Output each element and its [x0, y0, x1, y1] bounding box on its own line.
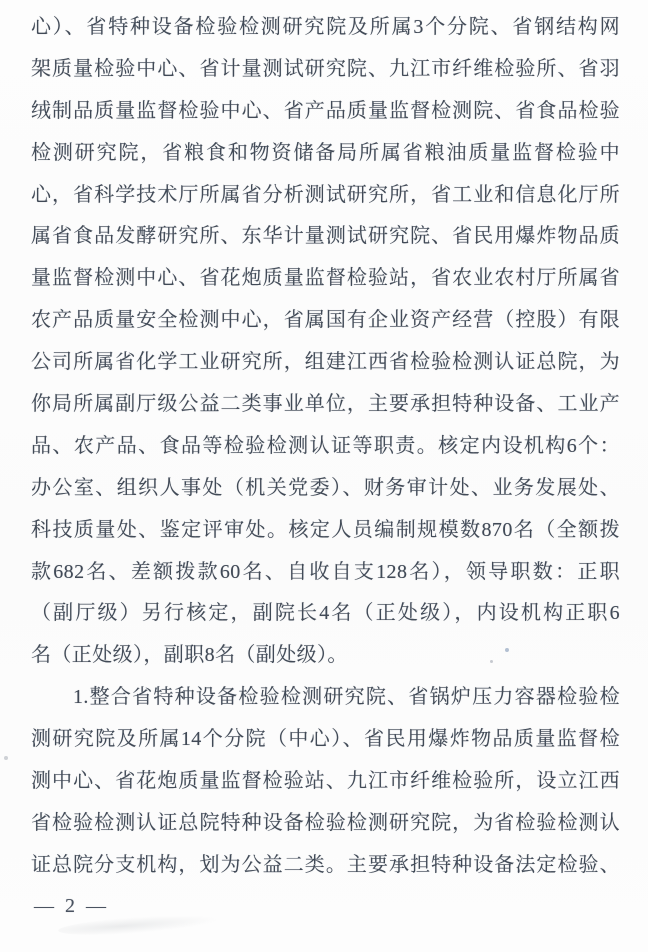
document-text-block: 心）、省特种设备检验检测研究院及所属3个分院、省钢结构网 架质量检验中心、省计量… [31, 7, 620, 887]
text-line: 证总院分支机构，划为公益二类。主要承担特种设备法定检验、 [31, 845, 620, 887]
text-line: 办公室、组织人事处（机关党委）、财务审计处、业务发展处、 [31, 468, 620, 510]
text-line: 架质量检验中心、省计量测试研究院、九江市纤维检验所、省羽 [31, 49, 620, 91]
text-line: 量监督检测中心、省花炮质量监督检验站，省农业农村厅所属省 [31, 258, 620, 300]
text-line: 心，省科学技术厅所属省分析测试研究所，省工业和信息化厅所 [31, 175, 620, 217]
text-line: 省检验检测认证总院特种设备检验检测研究院，为省检验检测认 [31, 803, 620, 845]
text-line: 公司所属省化学工业研究所，组建江西省检验检测认证总院，为 [31, 342, 620, 384]
text-line: 检测研究院，省粮食和物资储备局所属省粮油质量监督检验中 [31, 133, 620, 175]
text-line: 科技质量处、鉴定评审处。核定人员编制规模数870名（全额拨 [31, 510, 620, 552]
text-line: 你局所属副厅级公益二类事业单位，主要承担特种设备、工业产 [31, 384, 620, 426]
page-number: — 2 — [34, 891, 109, 921]
text-line: 农产品质量安全检测中心，省属国有企业资产经营（控股）有限 [31, 300, 620, 342]
text-line: 绒制品质量监督检验中心、省产品质量监督检测院、省食品检验 [31, 91, 620, 133]
scan-speck [4, 756, 8, 760]
text-line: 品、农产品、食品等检验检测认证等职责。核定内设机构6个： [31, 426, 620, 468]
text-line: 属省食品发酵研究所、东华计量测试研究院、省民用爆炸物品质 [31, 216, 620, 258]
text-line: 测中心、省花炮质量监督检验站、九江市纤维检验所，设立江西 [31, 761, 620, 803]
scan-speck [505, 648, 509, 652]
scan-speck [490, 660, 493, 663]
text-line: 心）、省特种设备检验检测研究院及所属3个分院、省钢结构网 [31, 7, 620, 49]
text-line: 名（正处级），副职8名（副处级）。 [31, 635, 620, 677]
text-line-item1-start: 1.整合省特种设备检验检测研究院、省锅炉压力容器检验检 [31, 677, 620, 719]
text-line: （副厅级）另行核定，副院长4名（正处级），内设机构正职6 [31, 593, 620, 635]
text-line: 款682名、差额拨款60名、自收自支128名），领导职数：正职 [31, 552, 620, 594]
text-line: 测研究院及所属14个分院（中心）、省民用爆炸物品质量监督检 [31, 719, 620, 761]
document-page: 心）、省特种设备检验检测研究院及所属3个分院、省钢结构网 架质量检验中心、省计量… [0, 0, 648, 952]
